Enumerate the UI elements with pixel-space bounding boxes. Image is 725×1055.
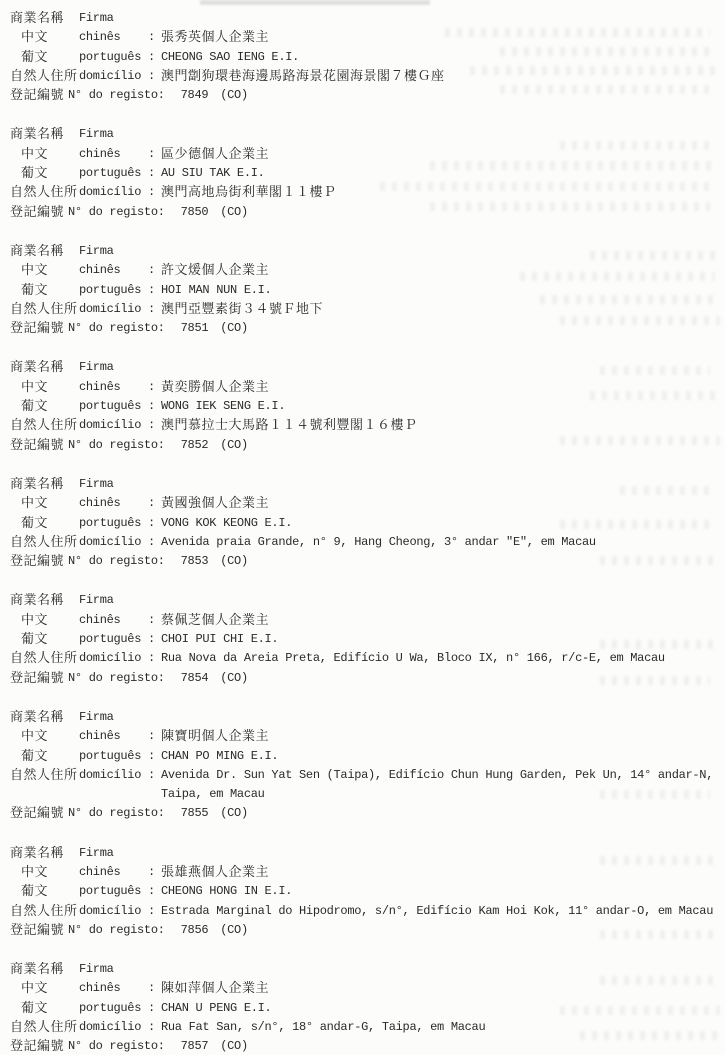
chinese-label-pt: chinês (79, 727, 148, 746)
chinese-label-zh: 中文 (0, 611, 79, 630)
address-label-pt: domicílio (79, 67, 148, 86)
chinese-name-row: 中文 chinês : 張秀英個人企業主 (0, 28, 725, 47)
address-value: 澳門亞豐素街３４號Ｆ地下 (161, 300, 725, 319)
scan-artifact-top (200, 0, 430, 5)
registry-label-pt: N° do registo: (68, 804, 165, 823)
registry-type-value: (CO) (220, 1037, 248, 1055)
registry-record: 商業名稱 Firma 中文 chinês : 許文煖個人企業主 葡文 portu… (0, 242, 725, 338)
registry-record: 商業名稱 Firma 中文 chinês : 陳如萍個人企業主 葡文 portu… (0, 960, 725, 1055)
portuguese-name-row: 葡文 português : CHAN PO MING E.I. (0, 747, 725, 766)
registry-label-zh: 登記編號 (0, 552, 64, 571)
chinese-name-row: 中文 chinês : 蔡佩芝個人企業主 (0, 611, 725, 630)
chinese-label-zh: 中文 (0, 28, 79, 47)
portuguese-name-value: CHOI PUI CHI E.I. (161, 630, 725, 649)
firma-header-row: 商業名稱 Firma (0, 960, 725, 979)
address-label-zh: 自然人住所 (0, 649, 79, 668)
portuguese-label-pt: português (79, 397, 148, 416)
separator-colon: : (148, 766, 161, 805)
portuguese-label-zh: 葡文 (0, 48, 79, 67)
registry-number-row: 登記編號 N° do registo: 7849 (CO) (0, 86, 725, 105)
address-row: 自然人住所 domicílio : 澳門劏狗環巷海邊馬路海景花園海景閣７樓Ｇ座 (0, 67, 725, 86)
address-value: Rua Fat San, s/n°, 18° andar-G, Taipa, e… (161, 1018, 725, 1037)
firma-label-zh: 商業名稱 (0, 358, 79, 377)
registry-type-value: (CO) (220, 921, 248, 940)
chinese-label-pt: chinês (79, 863, 148, 882)
registry-record: 商業名稱 Firma 中文 chinês : 黃奕勝個人企業主 葡文 portu… (0, 358, 725, 454)
portuguese-label-pt: português (79, 281, 148, 300)
chinese-label-pt: chinês (79, 28, 148, 47)
registry-number-value: 7850 (181, 203, 209, 222)
registry-record: 商業名稱 Firma 中文 chinês : 陳寶明個人企業主 葡文 portu… (0, 708, 725, 824)
address-row: 自然人住所 domicílio : Rua Fat San, s/n°, 18°… (0, 1018, 725, 1037)
chinese-label-pt: chinês (79, 979, 148, 998)
separator-colon: : (148, 261, 161, 280)
separator-colon: : (148, 611, 161, 630)
firma-header-row: 商業名稱 Firma (0, 242, 725, 261)
address-row: 自然人住所 domicílio : Rua Nova da Areia Pret… (0, 649, 725, 668)
address-row: 自然人住所 domicílio : Avenida praia Grande, … (0, 533, 725, 552)
registry-number-row: 登記編號 N° do registo: 7855 (CO) (0, 804, 725, 823)
chinese-name-value: 許文煖個人企業主 (161, 261, 725, 280)
firma-label-pt: Firma (79, 960, 148, 979)
registry-number-row: 登記編號 N° do registo: 7857 (CO) (0, 1037, 725, 1055)
chinese-label-pt: chinês (79, 261, 148, 280)
portuguese-label-zh: 葡文 (0, 281, 79, 300)
registry-label-zh: 登記編號 (0, 1037, 64, 1055)
firma-label-pt: Firma (79, 358, 148, 377)
firma-label-zh: 商業名稱 (0, 125, 79, 144)
registry-record: 商業名稱 Firma 中文 chinês : 區少德個人企業主 葡文 portu… (0, 125, 725, 221)
firma-label-zh: 商業名稱 (0, 591, 79, 610)
registry-type-value: (CO) (220, 86, 248, 105)
portuguese-name-value: CHEONG SAO IENG E.I. (161, 48, 725, 67)
registry-label-pt: N° do registo: (68, 203, 165, 222)
separator-colon: : (148, 514, 161, 533)
portuguese-name-value: AU SIU TAK E.I. (161, 164, 725, 183)
registry-number-row: 登記編號 N° do registo: 7856 (CO) (0, 921, 725, 940)
chinese-name-row: 中文 chinês : 黃奕勝個人企業主 (0, 378, 725, 397)
portuguese-label-zh: 葡文 (0, 999, 79, 1018)
registry-label-zh: 登記編號 (0, 319, 64, 338)
chinese-label-zh: 中文 (0, 378, 79, 397)
chinese-name-row: 中文 chinês : 陳如萍個人企業主 (0, 979, 725, 998)
address-label-zh: 自然人住所 (0, 766, 79, 805)
address-label-zh: 自然人住所 (0, 416, 79, 435)
portuguese-label-zh: 葡文 (0, 747, 79, 766)
registry-label-pt: N° do registo: (68, 319, 165, 338)
registry-label-pt: N° do registo: (68, 86, 165, 105)
registry-type-value: (CO) (220, 319, 248, 338)
registry-number-row: 登記編號 N° do registo: 7853 (CO) (0, 552, 725, 571)
portuguese-label-pt: português (79, 630, 148, 649)
address-value: Estrada Marginal do Hipodromo, s/n°, Edi… (161, 902, 725, 921)
address-line-2: Taipa, em Macau (161, 785, 725, 804)
registry-number-row: 登記編號 N° do registo: 7852 (CO) (0, 436, 725, 455)
portuguese-label-pt: português (79, 882, 148, 901)
registry-label-pt: N° do registo: (68, 552, 165, 571)
separator-colon: : (148, 378, 161, 397)
address-value: Avenida Dr. Sun Yat Sen (Taipa), Edifíci… (161, 766, 725, 805)
registry-number-value: 7854 (181, 669, 209, 688)
registry-label-zh: 登記編號 (0, 804, 64, 823)
firma-label-pt: Firma (79, 708, 148, 727)
chinese-label-pt: chinês (79, 378, 148, 397)
chinese-label-zh: 中文 (0, 727, 79, 746)
separator-colon: : (148, 145, 161, 164)
firma-label-pt: Firma (79, 475, 148, 494)
address-line-1: Avenida Dr. Sun Yat Sen (Taipa), Edifíci… (161, 766, 725, 785)
address-value: 澳門劏狗環巷海邊馬路海景花園海景閣７樓Ｇ座 (161, 67, 725, 86)
address-label-zh: 自然人住所 (0, 533, 79, 552)
chinese-name-row: 中文 chinês : 張雄燕個人企業主 (0, 863, 725, 882)
separator-colon: : (148, 747, 161, 766)
registry-label-zh: 登記編號 (0, 921, 64, 940)
separator-colon: : (148, 999, 161, 1018)
chinese-name-row: 中文 chinês : 區少德個人企業主 (0, 145, 725, 164)
separator-colon: : (148, 882, 161, 901)
chinese-label-zh: 中文 (0, 145, 79, 164)
separator-colon: : (148, 300, 161, 319)
chinese-name-value: 區少德個人企業主 (161, 145, 725, 164)
separator-colon: : (148, 416, 161, 435)
registry-label-pt: N° do registo: (68, 921, 165, 940)
portuguese-label-zh: 葡文 (0, 164, 79, 183)
chinese-label-zh: 中文 (0, 261, 79, 280)
portuguese-name-row: 葡文 português : CHEONG SAO IENG E.I. (0, 48, 725, 67)
portuguese-name-value: HOI MAN NUN E.I. (161, 281, 725, 300)
portuguese-label-zh: 葡文 (0, 397, 79, 416)
address-label-zh: 自然人住所 (0, 902, 79, 921)
firma-label-pt: Firma (79, 9, 148, 28)
chinese-name-value: 黃國強個人企業主 (161, 494, 725, 513)
chinese-name-row: 中文 chinês : 許文煖個人企業主 (0, 261, 725, 280)
portuguese-name-value: CHEONG HONG IN E.I. (161, 882, 725, 901)
address-label-zh: 自然人住所 (0, 300, 79, 319)
firma-label-zh: 商業名稱 (0, 844, 79, 863)
registry-number-value: 7857 (181, 1037, 209, 1055)
address-label-pt: domicílio (79, 300, 148, 319)
chinese-label-zh: 中文 (0, 863, 79, 882)
separator-colon: : (148, 902, 161, 921)
address-value: Rua Nova da Areia Preta, Edifício U Wa, … (161, 649, 725, 668)
portuguese-name-value: CHAN PO MING E.I. (161, 747, 725, 766)
registry-record: 商業名稱 Firma 中文 chinês : 張秀英個人企業主 葡文 portu… (0, 9, 725, 105)
registry-record: 商業名稱 Firma 中文 chinês : 蔡佩芝個人企業主 葡文 portu… (0, 591, 725, 687)
separator-colon: : (148, 1018, 161, 1037)
chinese-name-value: 陳如萍個人企業主 (161, 979, 725, 998)
address-row: 自然人住所 domicílio : Avenida Dr. Sun Yat Se… (0, 766, 725, 805)
address-row: 自然人住所 domicílio : 澳門慕拉士大馬路１１４號利豐閣１６樓Ｐ (0, 416, 725, 435)
address-label-zh: 自然人住所 (0, 67, 79, 86)
registry-document-page: 商業名稱 Firma 中文 chinês : 張秀英個人企業主 葡文 portu… (0, 0, 725, 1055)
address-label-pt: domicílio (79, 1018, 148, 1037)
separator-colon: : (148, 183, 161, 202)
separator-colon: : (148, 727, 161, 746)
chinese-label-pt: chinês (79, 611, 148, 630)
registry-label-zh: 登記編號 (0, 436, 64, 455)
chinese-label-zh: 中文 (0, 979, 79, 998)
portuguese-name-row: 葡文 português : WONG IEK SENG E.I. (0, 397, 725, 416)
registry-type-value: (CO) (220, 436, 248, 455)
separator-colon: : (148, 533, 161, 552)
separator-colon: : (148, 67, 161, 86)
firma-label-pt: Firma (79, 125, 148, 144)
chinese-label-zh: 中文 (0, 494, 79, 513)
separator-colon: : (148, 28, 161, 47)
address-value: 澳門高地烏街利華閣１１樓Ｐ (161, 183, 725, 202)
chinese-name-row: 中文 chinês : 陳寶明個人企業主 (0, 727, 725, 746)
chinese-name-value: 陳寶明個人企業主 (161, 727, 725, 746)
registry-number-value: 7852 (181, 436, 209, 455)
chinese-label-pt: chinês (79, 145, 148, 164)
firma-label-pt: Firma (79, 844, 148, 863)
firma-header-row: 商業名稱 Firma (0, 844, 725, 863)
firma-header-row: 商業名稱 Firma (0, 125, 725, 144)
chinese-label-pt: chinês (79, 494, 148, 513)
chinese-name-value: 張秀英個人企業主 (161, 28, 725, 47)
address-row: 自然人住所 domicílio : 澳門高地烏街利華閣１１樓Ｐ (0, 183, 725, 202)
separator-colon: : (148, 281, 161, 300)
separator-colon: : (148, 164, 161, 183)
portuguese-label-pt: português (79, 747, 148, 766)
registry-label-zh: 登記編號 (0, 86, 64, 105)
registry-number-value: 7853 (181, 552, 209, 571)
firma-label-pt: Firma (79, 591, 148, 610)
portuguese-label-zh: 葡文 (0, 882, 79, 901)
address-row: 自然人住所 domicílio : Estrada Marginal do Hi… (0, 902, 725, 921)
portuguese-name-row: 葡文 português : AU SIU TAK E.I. (0, 164, 725, 183)
address-value: Avenida praia Grande, n° 9, Hang Cheong,… (161, 533, 725, 552)
portuguese-name-value: WONG IEK SENG E.I. (161, 397, 725, 416)
portuguese-name-row: 葡文 português : HOI MAN NUN E.I. (0, 281, 725, 300)
chinese-name-value: 蔡佩芝個人企業主 (161, 611, 725, 630)
registry-record: 商業名稱 Firma 中文 chinês : 張雄燕個人企業主 葡文 portu… (0, 844, 725, 940)
separator-colon: : (148, 397, 161, 416)
registry-type-value: (CO) (220, 552, 248, 571)
separator-colon: : (148, 630, 161, 649)
firma-label-zh: 商業名稱 (0, 9, 79, 28)
portuguese-name-row: 葡文 português : CHAN U PENG E.I. (0, 999, 725, 1018)
registry-number-value: 7851 (181, 319, 209, 338)
firma-header-row: 商業名稱 Firma (0, 358, 725, 377)
portuguese-label-zh: 葡文 (0, 630, 79, 649)
portuguese-name-row: 葡文 português : CHEONG HONG IN E.I. (0, 882, 725, 901)
portuguese-label-pt: português (79, 48, 148, 67)
registry-type-value: (CO) (220, 804, 248, 823)
firma-label-zh: 商業名稱 (0, 475, 79, 494)
registry-label-zh: 登記編號 (0, 669, 64, 688)
address-label-pt: domicílio (79, 533, 148, 552)
registry-label-pt: N° do registo: (68, 669, 165, 688)
firma-header-row: 商業名稱 Firma (0, 9, 725, 28)
portuguese-label-pt: português (79, 164, 148, 183)
registry-number-row: 登記編號 N° do registo: 7854 (CO) (0, 669, 725, 688)
separator-colon: : (148, 863, 161, 882)
address-label-zh: 自然人住所 (0, 1018, 79, 1037)
address-label-pt: domicílio (79, 649, 148, 668)
registry-number-row: 登記編號 N° do registo: 7850 (CO) (0, 203, 725, 222)
address-label-pt: domicílio (79, 902, 148, 921)
address-label-pt: domicílio (79, 416, 148, 435)
chinese-name-row: 中文 chinês : 黃國強個人企業主 (0, 494, 725, 513)
portuguese-label-pt: português (79, 999, 148, 1018)
portuguese-name-row: 葡文 português : VONG KOK KEONG E.I. (0, 514, 725, 533)
registry-number-row: 登記編號 N° do registo: 7851 (CO) (0, 319, 725, 338)
firma-header-row: 商業名稱 Firma (0, 475, 725, 494)
address-label-zh: 自然人住所 (0, 183, 79, 202)
portuguese-name-row: 葡文 português : CHOI PUI CHI E.I. (0, 630, 725, 649)
registry-number-value: 7856 (181, 921, 209, 940)
registry-label-pt: N° do registo: (68, 436, 165, 455)
address-label-pt: domicílio (79, 766, 148, 805)
portuguese-label-pt: português (79, 514, 148, 533)
firma-label-zh: 商業名稱 (0, 960, 79, 979)
firma-header-row: 商業名稱 Firma (0, 591, 725, 610)
address-label-pt: domicílio (79, 183, 148, 202)
chinese-name-value: 黃奕勝個人企業主 (161, 378, 725, 397)
portuguese-name-value: CHAN U PENG E.I. (161, 999, 725, 1018)
registry-type-value: (CO) (220, 669, 248, 688)
firma-label-pt: Firma (79, 242, 148, 261)
address-row: 自然人住所 domicílio : 澳門亞豐素街３４號Ｆ地下 (0, 300, 725, 319)
separator-colon: : (148, 649, 161, 668)
portuguese-name-value: VONG KOK KEONG E.I. (161, 514, 725, 533)
portuguese-label-zh: 葡文 (0, 514, 79, 533)
separator-colon: : (148, 48, 161, 67)
firma-header-row: 商業名稱 Firma (0, 708, 725, 727)
registry-type-value: (CO) (220, 203, 248, 222)
separator-colon: : (148, 494, 161, 513)
registry-label-zh: 登記編號 (0, 203, 64, 222)
separator-colon: : (148, 979, 161, 998)
chinese-name-value: 張雄燕個人企業主 (161, 863, 725, 882)
firma-label-zh: 商業名稱 (0, 242, 79, 261)
registry-record: 商業名稱 Firma 中文 chinês : 黃國強個人企業主 葡文 portu… (0, 475, 725, 571)
firma-label-zh: 商業名稱 (0, 708, 79, 727)
registry-number-value: 7849 (181, 86, 209, 105)
registry-number-value: 7855 (181, 804, 209, 823)
registry-label-pt: N° do registo: (68, 1037, 165, 1055)
address-value: 澳門慕拉士大馬路１１４號利豐閣１６樓Ｐ (161, 416, 725, 435)
